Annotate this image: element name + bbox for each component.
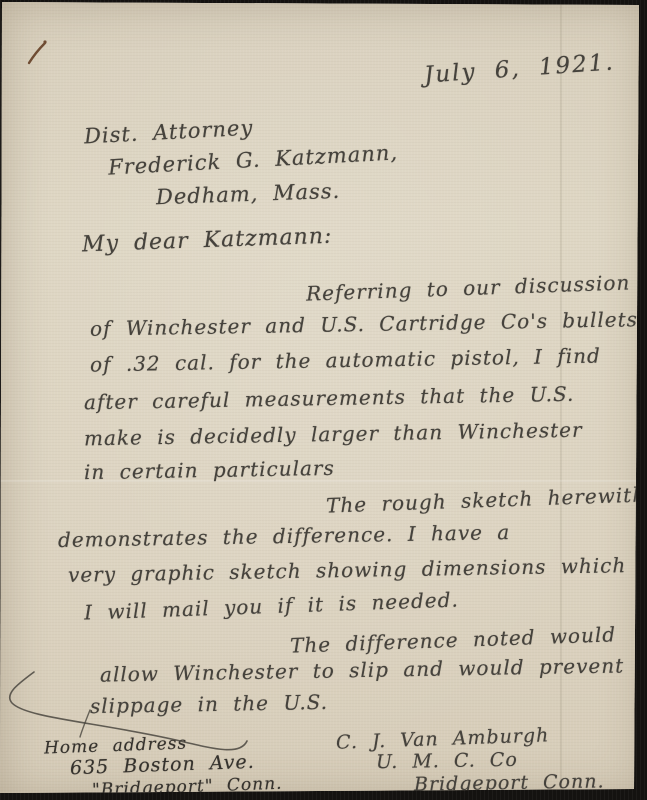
ink-mark bbox=[29, 43, 45, 63]
body-line: allow Winchester to slip and would preve… bbox=[100, 653, 624, 686]
body-line: demonstrates the difference. I have a bbox=[58, 520, 511, 552]
body-line: The difference noted would bbox=[290, 622, 617, 657]
paper: July 6, 1921. Dist. Attorney Frederick G… bbox=[0, 0, 647, 800]
home-address-city: "Bridgeport" Conn. bbox=[92, 774, 283, 800]
ink-mark-dot bbox=[43, 40, 46, 43]
body-line: make is decidedly larger than Winchester bbox=[84, 418, 583, 451]
body-line: I will mail you if it is needed. bbox=[84, 587, 459, 624]
body-line: Referring to our discussion bbox=[306, 270, 631, 305]
body-line: slippage in the U.S. bbox=[90, 690, 328, 718]
date-line: July 6, 1921. bbox=[423, 49, 615, 88]
body-line: of Winchester and U.S. Cartridge Co's bu… bbox=[90, 307, 638, 341]
body-line: after careful measurements that the U.S. bbox=[84, 382, 575, 415]
recipient-line-3: Dedham, Mass. bbox=[156, 179, 341, 209]
body-line: very graphic sketch showing dimensions w… bbox=[68, 553, 627, 587]
recipient-line-2: Frederick G. Katzmann, bbox=[108, 140, 399, 179]
letter-scan: July 6, 1921. Dist. Attorney Frederick G… bbox=[0, 0, 647, 800]
flourish-tick bbox=[80, 710, 90, 737]
signature-city: Bridgeport Conn. bbox=[414, 770, 605, 795]
signature-company: U. M. C. Co bbox=[376, 749, 518, 773]
recipient-line-1: Dist. Attorney bbox=[83, 116, 253, 149]
body-line: The rough sketch herewith bbox=[326, 482, 647, 517]
body-line: in certain particulars bbox=[84, 456, 335, 484]
salutation: My dear Katzmann: bbox=[82, 224, 333, 258]
body-line: of .32 cal. for the automatic pistol, I … bbox=[90, 344, 601, 377]
